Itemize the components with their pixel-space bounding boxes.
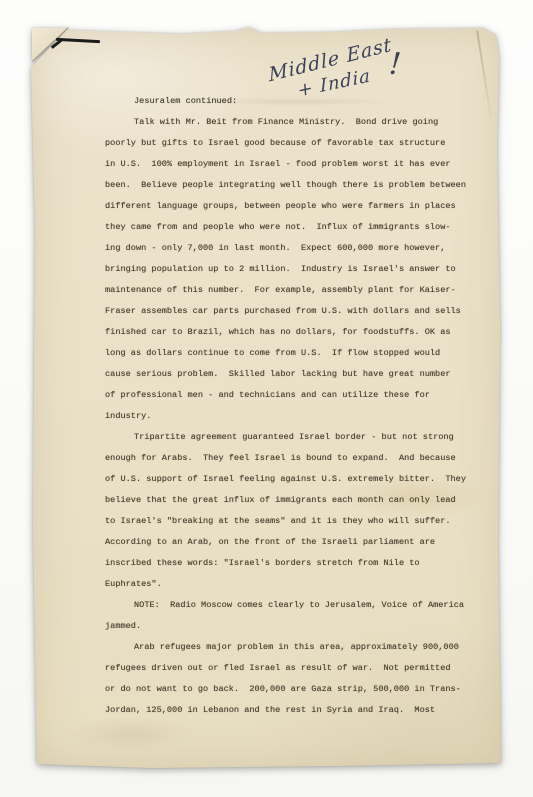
document-page-wrap: Middle East + India ! Jesuralem continue… — [31, 27, 501, 768]
typed-text: Jesuralem continued:Talk with Mr. Beit f… — [105, 91, 466, 721]
typed-line: Fraser assembles car parts purchased fro… — [105, 301, 466, 322]
typed-line: different language groups, between peopl… — [105, 196, 466, 217]
typed-line: finished car to Brazil, which has no dol… — [105, 322, 466, 343]
typed-line: cause serious problem. Skilled labor lac… — [105, 364, 466, 385]
typed-line: in U.S. 100% employment in Israel - food… — [105, 154, 466, 175]
crease-line — [476, 30, 491, 117]
typed-line: long as dollars continue to come from U.… — [105, 343, 466, 364]
typed-line: refugees driven out or fled Israel as re… — [105, 658, 466, 679]
handwritten-exclamation: ! — [388, 47, 403, 83]
typed-line: bringing population up to 2 million. Ind… — [105, 259, 466, 280]
typed-line: believe that the great influx of immigra… — [105, 490, 466, 511]
stain — [66, 717, 196, 751]
typed-line: they came from and people who were not. … — [105, 217, 466, 238]
typed-line: Euphrates". — [105, 574, 466, 595]
typed-line: been. Believe people integrating well th… — [105, 175, 466, 196]
typed-line: industry. — [105, 406, 466, 427]
typed-line: ing down - only 7,000 in last month. Exp… — [105, 238, 466, 259]
typed-line: According to an Arab, on the front of th… — [105, 532, 466, 553]
typed-line: Tripartite agreement guaranteed Israel b… — [105, 427, 466, 448]
typed-line: Jordan, 125,000 in Lebanon and the rest … — [105, 700, 466, 721]
typed-line: maintenance of this number. For example,… — [105, 280, 466, 301]
typed-line: Talk with Mr. Beit from Finance Ministry… — [105, 112, 466, 133]
typed-line: of U.S. support of Israel feeling agains… — [105, 469, 466, 490]
typed-line: jammed. — [105, 616, 466, 637]
typed-line: enough for Arabs. They feel Israel is bo… — [105, 448, 466, 469]
typed-line: to Israel's "breaking at the seams" and … — [105, 511, 466, 532]
typed-line: Jesuralem continued: — [105, 91, 466, 112]
document-page: Middle East + India ! Jesuralem continue… — [31, 27, 501, 768]
typed-line: NOTE: Radio Moscow comes clearly to Jeru… — [105, 595, 466, 616]
typed-line: Arab refugees major problem in this area… — [105, 637, 466, 658]
scan-background: Middle East + India ! Jesuralem continue… — [0, 0, 533, 797]
typed-line: inscribed these words: "Israel's borders… — [105, 553, 466, 574]
typed-line: of professional men - and technicians an… — [105, 385, 466, 406]
typed-line: poorly but gifts to Israel good because … — [105, 133, 466, 154]
typed-line: or do not want to go back. 200,000 are G… — [105, 679, 466, 700]
